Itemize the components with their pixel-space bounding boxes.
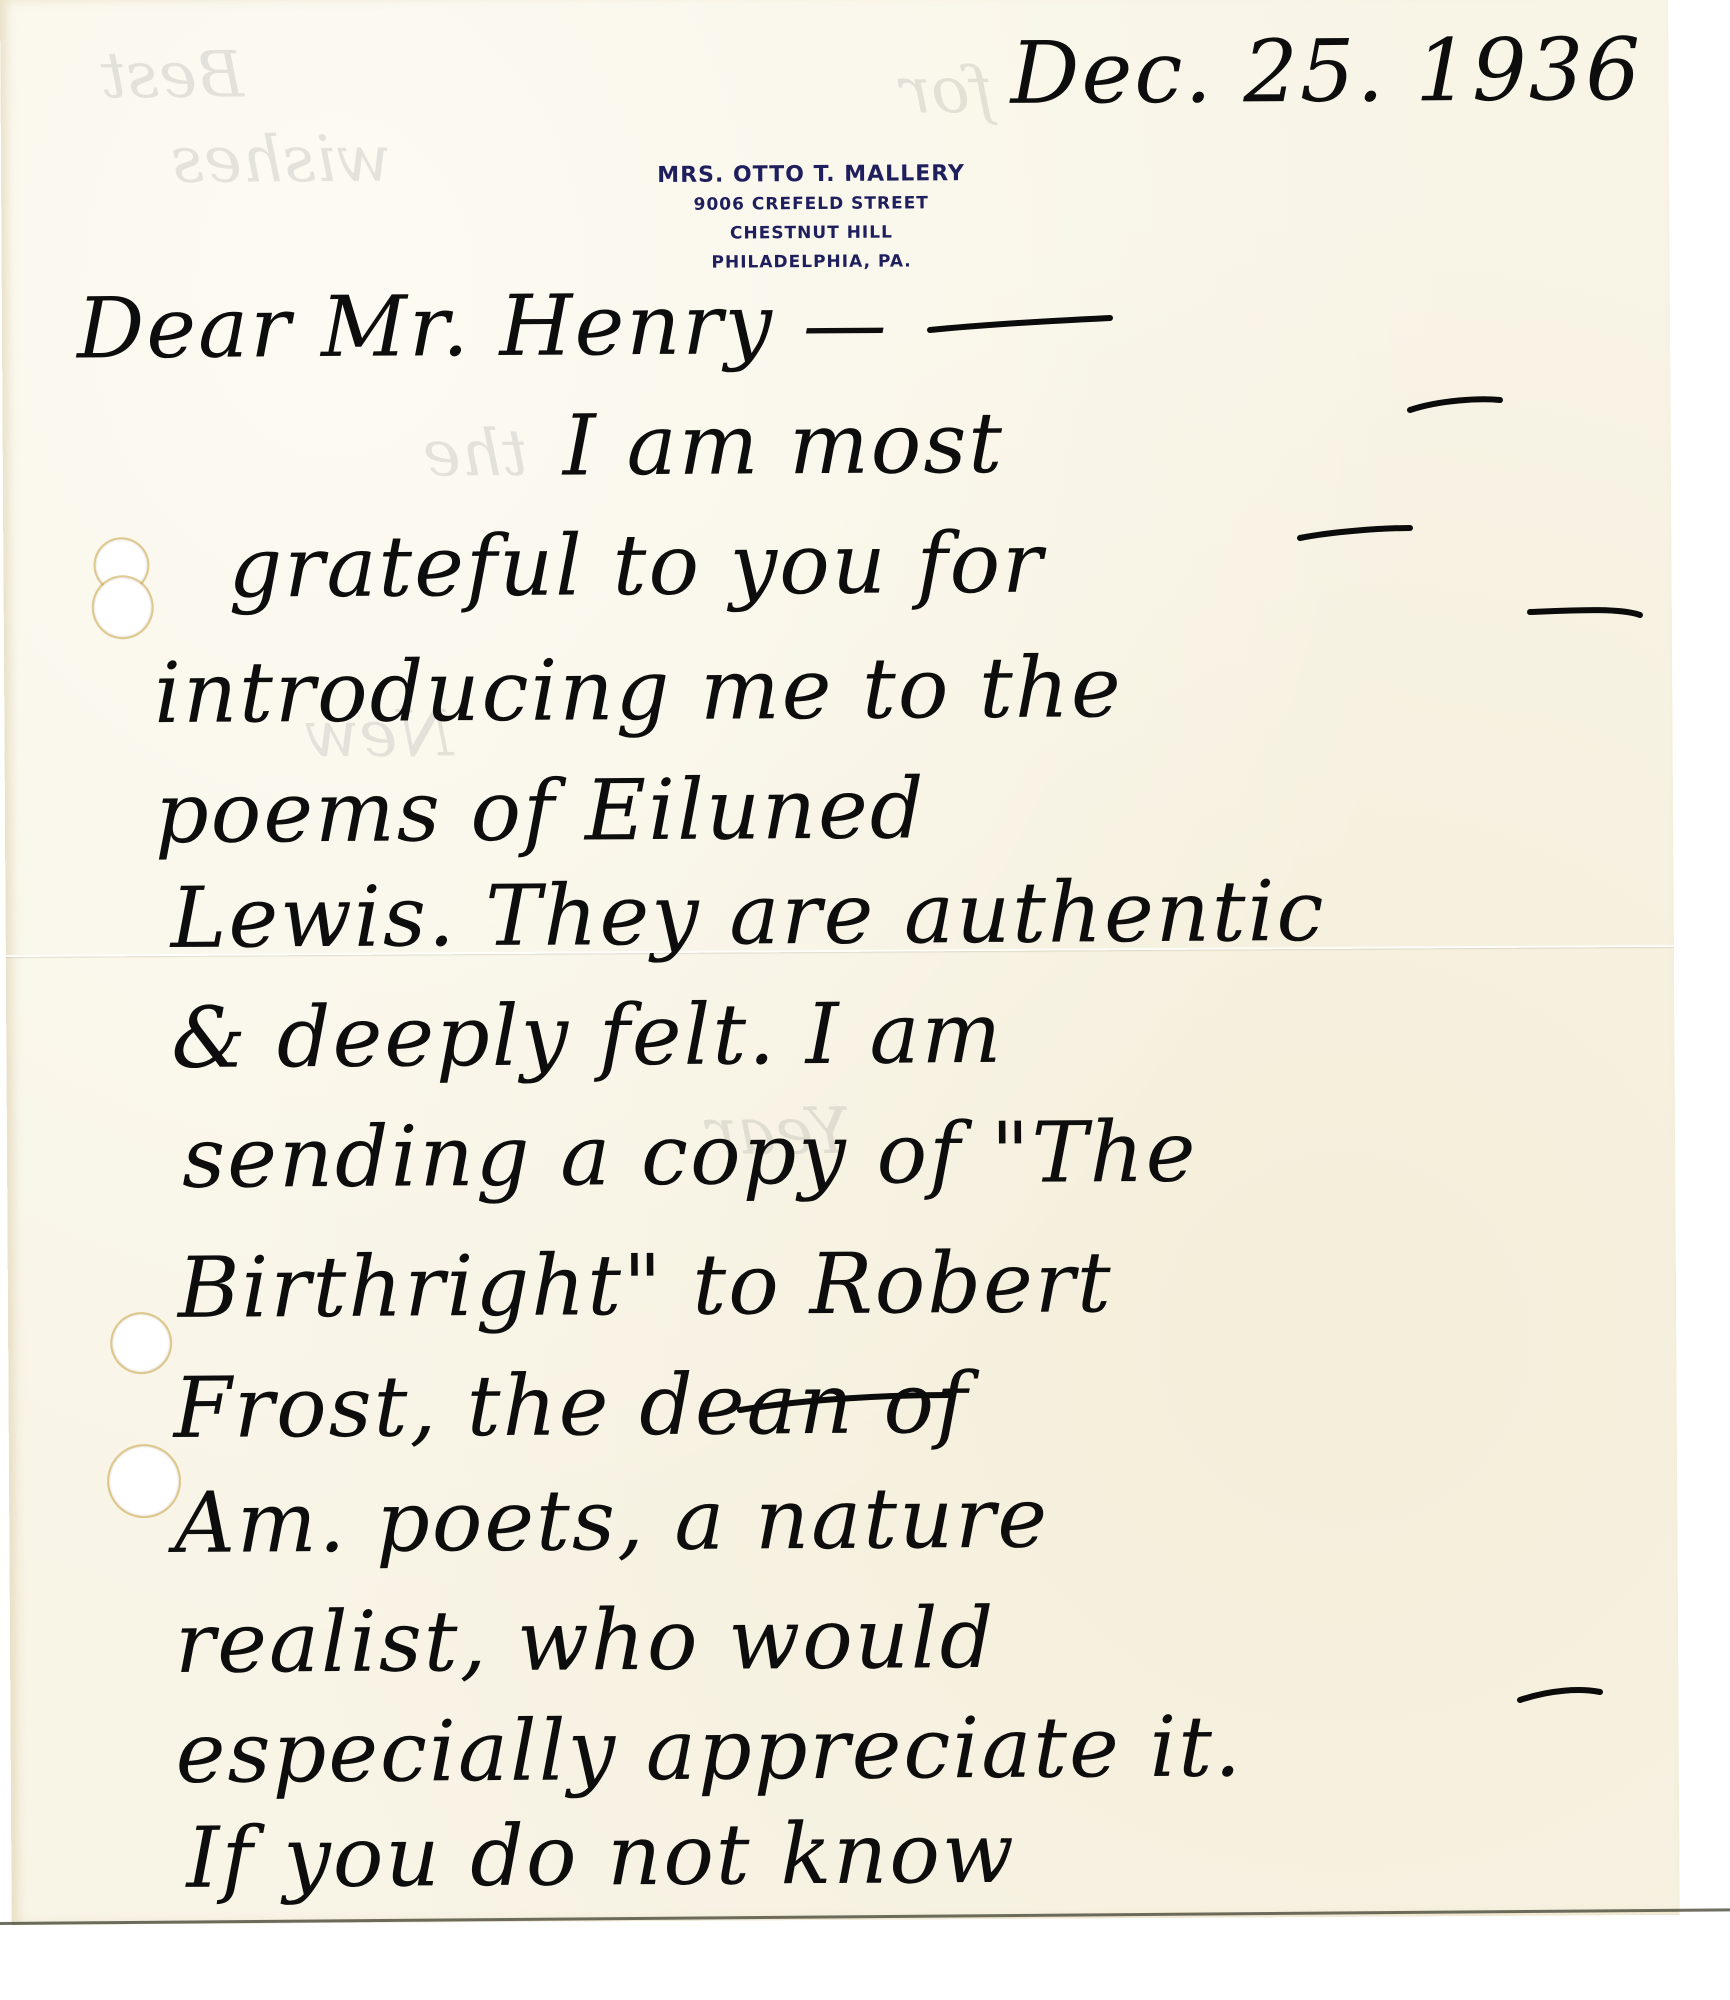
- body-line: If you do not know: [186, 1804, 1016, 1907]
- body-line: grateful to you for: [228, 514, 1044, 617]
- letterhead-street: 9006 CREFELD STREET: [601, 189, 1021, 221]
- show-through-text: the: [423, 417, 528, 492]
- show-through-text: Best: [100, 39, 244, 114]
- letterhead: MRS. OTTO T. MALLERY 9006 CREFELD STREET…: [601, 159, 1022, 279]
- body-line: sending a copy of "The: [182, 1103, 1198, 1207]
- letterhead-district: CHESTNUT HILL: [601, 218, 1021, 250]
- punch-hole: [109, 1446, 179, 1516]
- salutation: Dear Mr. Henry —: [77, 275, 889, 378]
- body-line: poems of Eiluned: [155, 759, 926, 862]
- letterhead-name: MRS. OTTO T. MALLERY: [601, 159, 1021, 192]
- letter-paper: Best wishes for the New Year MRS. OTTO T…: [0, 0, 1680, 1925]
- body-line: Frost, the dean of: [173, 1354, 969, 1457]
- body-line: especially appreciate it.: [175, 1697, 1243, 1802]
- body-line: Birthright" to Robert: [178, 1233, 1113, 1337]
- letter-date: Dec. 25. 1936: [1010, 20, 1642, 124]
- punch-hole: [94, 577, 152, 637]
- body-line: Lewis. They are authentic: [170, 862, 1325, 967]
- punch-hole: [112, 1314, 170, 1372]
- body-line: realist, who would: [175, 1589, 996, 1692]
- body-line: introducing me to the: [154, 638, 1123, 742]
- body-line: & deeply felt. I am: [171, 984, 1003, 1087]
- show-through-text: wishes: [171, 123, 391, 198]
- body-line: Am. poets, a nature: [174, 1469, 1049, 1572]
- letterhead-city: PHILADELPHIA, PA.: [602, 247, 1022, 279]
- body-line: I am most: [562, 394, 1004, 495]
- show-through-text: for: [900, 54, 993, 129]
